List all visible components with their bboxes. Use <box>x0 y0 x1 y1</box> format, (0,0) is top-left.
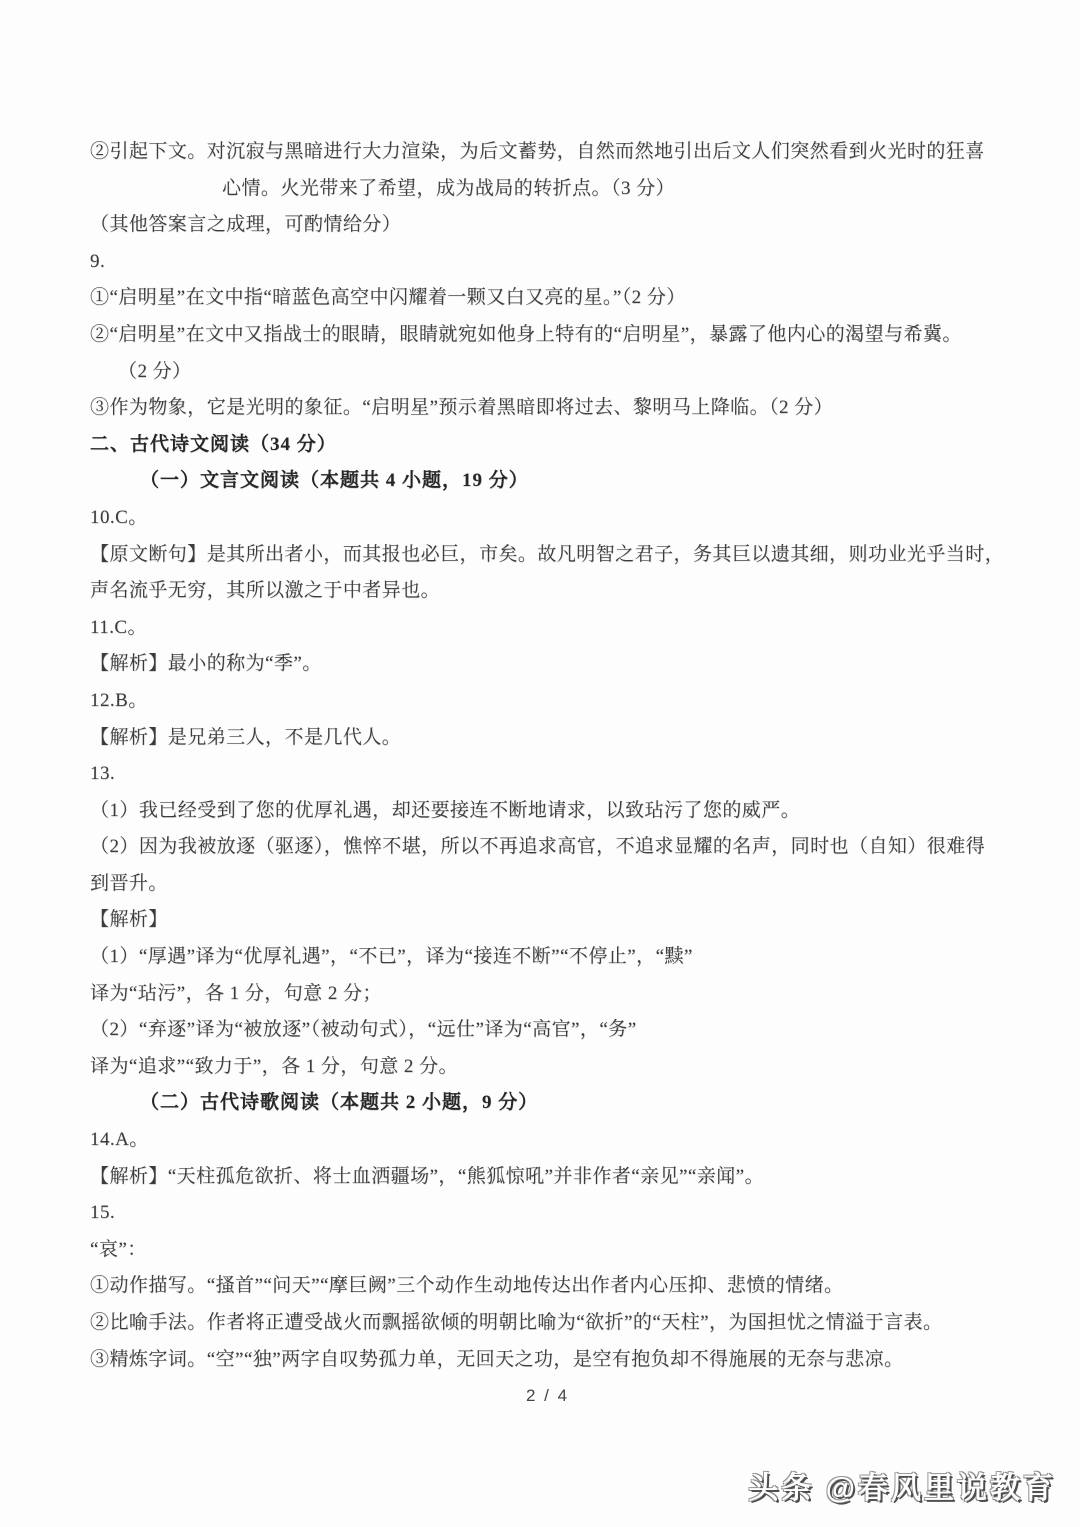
question-number-15: 15. <box>90 1195 1005 1232</box>
answer-line: 声名流乎无穷，其所以激之于中者异也。 <box>90 573 1005 610</box>
answer-line: 译为“追求”“致力于”，各 1 分，句意 2 分。 <box>90 1049 1005 1086</box>
subsection-heading-classical-prose: （一）文言文阅读（本题共 4 小题，19 分） <box>90 463 1005 500</box>
section-heading-ancient-reading: 二、古代诗文阅读（34 分） <box>90 427 1005 464</box>
answer-line-12: 12.B。 <box>90 683 1005 720</box>
page-number: 2 / 4 <box>90 1378 1005 1415</box>
answer-line: （1）我已经受到了您的优厚礼遇，却还要接连不断地请求，以致玷污了您的威严。 <box>90 793 1005 830</box>
answer-line: ②引起下文。对沉寂与黑暗进行大力渲染，为后文蓄势，自然而然地引出后文人们突然看到… <box>90 134 1005 171</box>
answer-line: ③作为物象，它是光明的象征。“启明星”预示着黑暗即将过去、黎明马上降临。（2 分… <box>90 390 1005 427</box>
answer-sheet-content: ②引起下文。对沉寂与黑暗进行大力渲染，为后文蓄势，自然而然地引出后文人们突然看到… <box>90 134 1005 1415</box>
answer-line-10: 10.C。 <box>90 500 1005 537</box>
answer-line: 到晋升。 <box>90 866 1005 903</box>
answer-line: 译为“玷污”，各 1 分，句意 2 分； <box>90 976 1005 1013</box>
question-number-9: 9. <box>90 244 1005 281</box>
watermark: 头条 @春风里说教育 <box>748 1463 1056 1507</box>
answer-line: ①动作描写。“搔首”“问天”“摩巨阙”三个动作生动地传达出作者内心压抑、悲愤的情… <box>90 1268 1005 1305</box>
answer-line: 心情。火光带来了希望，成为战局的转折点。（3 分） <box>90 171 1005 208</box>
answer-line-11: 11.C。 <box>90 610 1005 647</box>
answer-line: 【解析】 <box>90 902 1005 939</box>
answer-line-14: 14.A。 <box>90 1122 1005 1159</box>
answer-line: 【解析】“天柱孤危欲折、将士血洒疆场”，“熊狐惊吼”并非作者“亲见”“亲闻”。 <box>90 1159 1005 1196</box>
answer-line: 【原文断句】是其所出者小，而其报也必巨，市矣。故凡明智之君子，务其巨以遗其细，则… <box>90 537 1005 574</box>
answer-line: ①“启明星”在文中指“暗蓝色高空中闪耀着一颗又白又亮的星。”（2 分） <box>90 280 1005 317</box>
answer-line: 【解析】是兄弟三人，不是几代人。 <box>90 720 1005 757</box>
answer-line: （2 分） <box>90 354 1005 391</box>
scanned-answer-sheet-page: ②引起下文。对沉寂与黑暗进行大力渲染，为后文蓄势，自然而然地引出后文人们突然看到… <box>0 0 1080 1527</box>
answer-line: 【解析】最小的称为“季”。 <box>90 646 1005 683</box>
answer-line: （1）“厚遇”译为“优厚礼遇”，“不已”，译为“接连不断”“不停止”，“黩” <box>90 939 1005 976</box>
answer-line: ②比喻手法。作者将正遭受战火而飘摇欲倾的明朝比喻为“欲折”的“天柱”，为国担忧之… <box>90 1305 1005 1342</box>
subsection-heading-classical-poetry: （二）古代诗歌阅读（本题共 2 小题，9 分） <box>90 1085 1005 1122</box>
question-number-13: 13. <box>90 756 1005 793</box>
answer-line: ③精炼字词。“空”“独”两字自叹势孤力单，无回天之功，是空有抱负却不得施展的无奈… <box>90 1342 1005 1379</box>
answer-line: （2）因为我被放逐（驱逐），憔悴不堪，所以不再追求高官，不追求显耀的名声，同时也… <box>90 829 1005 866</box>
answer-line: ②“启明星”在文中又指战士的眼睛，眼睛就宛如他身上特有的“启明星”，暴露了他内心… <box>90 317 1005 354</box>
answer-line: （2）“弃逐”译为“被放逐”（被动句式），“远仕”译为“高官”，“务” <box>90 1012 1005 1049</box>
answer-line: （其他答案言之成理，可酌情给分） <box>90 207 1005 244</box>
answer-line: “哀”： <box>90 1232 1005 1269</box>
